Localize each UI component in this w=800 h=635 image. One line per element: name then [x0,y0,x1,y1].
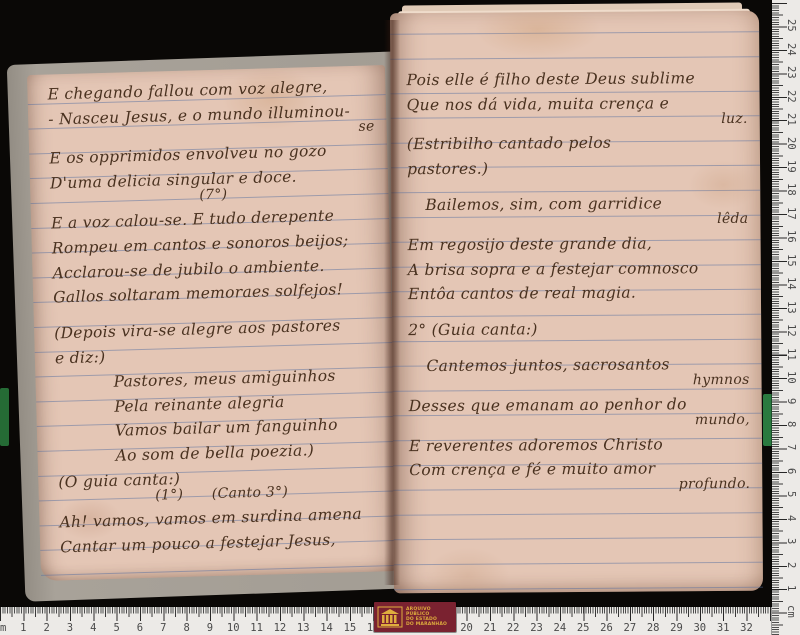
handwriting-line: Cantemos juntos, sacrosantos [408,348,749,375]
handwriting-line: Entôa cantos de real magia. [408,276,749,303]
left-page-handwriting: E chegando fallou com voz alegre,- Nasce… [27,65,399,581]
ruler-number: 20 [772,131,800,154]
handwriting-line: Com crença e fé e muito amor [409,452,750,479]
handwriting-line: Em regosijo deste grande dia, [407,227,748,254]
handwriting-line: mundo, [409,413,750,430]
ruler-number: 18 [772,178,800,201]
ruler-number: 32 [735,622,758,634]
handwriting-line: Desses que emanam ao penhor do [409,388,750,415]
handwriting-line: 2° (Guia canta:) [408,312,749,339]
ruler-numbers: 2524232221201918171615141312111098765432… [772,14,800,623]
ruler-number: 2 [35,622,58,634]
handwriting-line: Pois elle é filho deste Deus sublime [406,62,747,89]
ruler-number: 15 [772,248,800,271]
ruler-number: 24 [772,37,800,60]
ruler-number: 7 [772,436,800,459]
ruler-number: 1 [772,577,800,600]
ruler-number: 10 [772,366,800,389]
ruler-number: 29 [665,622,688,634]
left-page: E chegando fallou com voz alegre,- Nasce… [27,65,399,581]
ruler-number: 12 [268,622,291,634]
stamp-text-line: DO MARANHÃO [406,622,447,627]
handwriting-line: (Estribilho cantado pelos [407,126,748,153]
ruler-number: 5 [105,622,128,634]
ruler-number: 11 [772,342,800,365]
ruler-number: cm [0,622,12,634]
right-page-handwriting: Pois elle é filho deste Deus sublimeQue … [390,11,763,594]
handwriting-line: Bailemos, sim, com garridice [407,187,748,214]
ruler-number: 10 [222,622,245,634]
stamp-text: ARQUIVOPÚBLICODO ESTADODO MARANHÃO [406,607,447,627]
ruler-number: 16 [772,225,800,248]
handwriting-line: Que nos dá vida, muita crença e [407,87,748,114]
green-mat-patch [0,388,9,446]
ruler-number: 12 [772,319,800,342]
ruler-number: 25 [572,622,595,634]
ruler-number: 8 [772,412,800,435]
ruler-number: 5 [772,483,800,506]
ruler-number: 2 [772,553,800,576]
ruler-number: 8 [175,622,198,634]
ruler-number: 26 [595,622,618,634]
ruler-number: 14 [315,622,338,634]
ruler-number: 1 [12,622,35,634]
handwriting-line: E reverentes adoremos Christo [409,428,750,455]
ruler-number: 20 [455,622,478,634]
ruler-number: 11 [245,622,268,634]
ruler-number: 13 [292,622,315,634]
ruler-number: 6 [772,459,800,482]
handwriting-line: profundo. [409,477,750,494]
ruler-number: 15 [338,622,361,634]
ruler-number: 4 [82,622,105,634]
ruler-number: 7 [152,622,175,634]
photo-scene: E chegando fallou com voz alegre,- Nasce… [0,0,800,635]
right-page: Pois elle é filho deste Deus sublimeQue … [390,11,763,594]
ruler-number: 30 [688,622,711,634]
ruler-number: 19 [772,155,800,178]
ruler-number: 25 [772,14,800,37]
ruler-number: 3 [58,622,81,634]
ruler-number: 6 [128,622,151,634]
book-gutter-shadow [384,20,400,585]
ruler-number: 22 [502,622,525,634]
handwriting-line: pastores.) [407,151,748,178]
ruler-number: 13 [772,295,800,318]
ruler-number: 31 [711,622,734,634]
ruler-number: 9 [198,622,221,634]
ruler-number: 17 [772,202,800,225]
archive-stamp: ARQUIVOPÚBLICODO ESTADODO MARANHÃO [374,602,456,632]
handwriting-line: A brisa sopra e a festejar comnosco [408,252,749,279]
ruler-number: 27 [618,622,641,634]
ruler-number: 9 [772,389,800,412]
ruler-number: 24 [548,622,571,634]
ruler-number: 21 [772,108,800,131]
handwriting-line: hymnos [409,373,750,390]
ruler-number: cm [772,600,800,623]
ruler-number: 23 [525,622,548,634]
ruler-number: 3 [772,530,800,553]
ruler-number: 4 [772,506,800,529]
ruler-number: 14 [772,272,800,295]
ruler-number: 22 [772,84,800,107]
ruler-number: 21 [478,622,501,634]
ruler-number: 28 [642,622,665,634]
ruler-number: 23 [772,61,800,84]
right-ruler: 2524232221201918171615141312111098765432… [772,0,800,635]
building-icon [377,606,403,628]
